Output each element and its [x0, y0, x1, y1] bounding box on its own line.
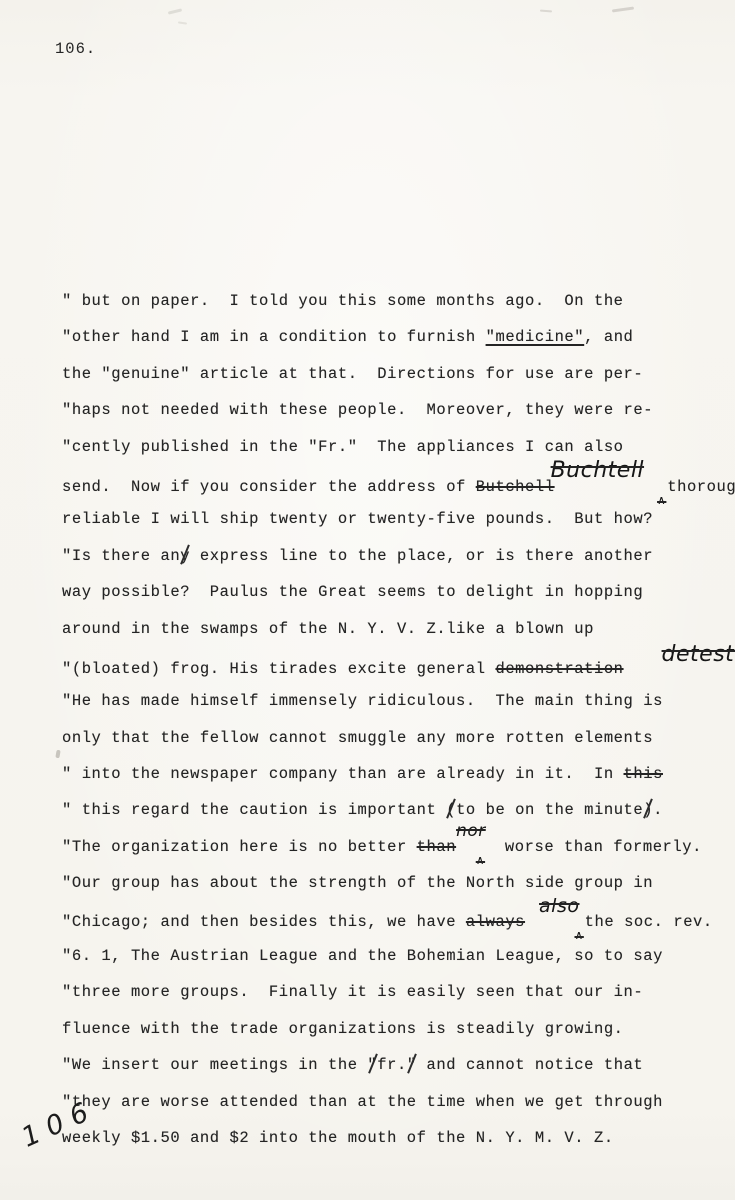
- typed-line: way possible? Paulus the Great seems to …: [62, 583, 694, 619]
- typed-line: "He has made himself immensely ridiculou…: [62, 692, 694, 728]
- typed-line: "haps not needed with these people. More…: [62, 401, 694, 437]
- typed-text: the soc. rev.: [575, 913, 713, 931]
- typed-line: "(bloated) frog. His tirades excite gene…: [62, 656, 694, 692]
- typed-text: send. Now if you consider the address of: [62, 478, 476, 496]
- typed-line: send. Now if you consider the address of…: [62, 474, 694, 510]
- smudge: [168, 8, 182, 14]
- smudge: [178, 21, 187, 24]
- typed-text: the "genuine" article at that. Direction…: [62, 365, 643, 383]
- typed-text: (: [446, 801, 456, 819]
- typed-text: express line to the place, or is there a…: [190, 547, 653, 565]
- typed-text: y: [180, 547, 190, 565]
- typed-line: "they are worse attended than at the tim…: [62, 1093, 694, 1129]
- typed-line: "Chicago; and then besides this, we have…: [62, 911, 694, 947]
- typed-line: "three more groups. Finally it is easily…: [62, 983, 694, 1019]
- typed-line: "6. 1, The Austrian League and the Bohem…: [62, 947, 694, 983]
- typed-text: reliable I will ship twenty or twenty-fi…: [62, 510, 653, 528]
- typed-line: weekly $1.50 and $2 into the mouth of th…: [62, 1129, 694, 1165]
- typed-text: and cannot notice that: [417, 1056, 644, 1074]
- typed-text: "haps not needed with these people. More…: [62, 401, 653, 419]
- typed-text: "The organization here is no better: [62, 838, 417, 856]
- typed-line: "other hand I am in a condition to furni…: [62, 328, 694, 364]
- typed-text: "Our group has about the strength of the…: [62, 874, 653, 892]
- handwritten-annotation: also: [539, 895, 579, 917]
- typed-text: to be on the minute: [456, 801, 643, 819]
- typed-text: around in the swamps of the N. Y. V. Z.l…: [62, 620, 594, 638]
- smudge: [540, 10, 552, 13]
- struck-word: demonstrationdetestation∧: [495, 660, 735, 678]
- typed-line: " this regard the caution is important (…: [62, 801, 694, 837]
- typed-text-block: " but on paper. I told you this some mon…: [62, 292, 694, 1165]
- typed-text: ": [407, 1056, 417, 1074]
- insertion-caret: ∧: [476, 853, 485, 867]
- typed-text: ): [643, 801, 653, 819]
- typed-line: the "genuine" article at that. Direction…: [62, 365, 694, 401]
- typed-text: thoroughly: [657, 478, 735, 496]
- document-page: 106. " but on paper. I told you this som…: [0, 0, 735, 1200]
- typed-line: "The organization here is no better than…: [62, 838, 694, 874]
- typed-text: worse than formerly.: [495, 838, 702, 856]
- struck-word: ButchellBuchtell∧: [476, 478, 658, 496]
- typed-text: fr.: [377, 1056, 407, 1074]
- handwritten-annotation: nor: [456, 821, 486, 841]
- typed-text: "We insert our meetings in the: [62, 1056, 367, 1074]
- typed-text: "Is there an: [62, 547, 180, 565]
- typed-text: fluence with the trade organizations is …: [62, 1020, 624, 1038]
- typed-text: "He has made himself immensely ridiculou…: [62, 692, 663, 710]
- typed-line: reliable I will ship twenty or twenty-fi…: [62, 510, 694, 546]
- smudge: [612, 6, 634, 12]
- typed-text: " this regard the caution is important: [62, 801, 446, 819]
- typed-text: "(bloated) frog. His tirades excite gene…: [62, 660, 495, 678]
- struck-word: this: [624, 765, 663, 783]
- typed-text: only that the fellow cannot smuggle any …: [62, 729, 653, 747]
- struck-word: thannor∧: [417, 838, 495, 856]
- typed-line: around in the swamps of the N. Y. V. Z.l…: [62, 620, 694, 656]
- typed-text: "cently published in the "Fr." The appli…: [62, 438, 624, 456]
- typed-text: " into the newspaper company than are al…: [62, 765, 624, 783]
- ink-mark: [55, 750, 60, 759]
- typed-page-number: 106.: [55, 40, 96, 58]
- typed-text: .: [653, 801, 663, 819]
- typed-line: "Our group has about the strength of the…: [62, 874, 694, 910]
- typed-text: "6. 1, The Austrian League and the Bohem…: [62, 947, 663, 965]
- typed-text: , and: [584, 328, 633, 346]
- typed-line: "Is there any express line to the place,…: [62, 547, 694, 583]
- typed-line: " into the newspaper company than are al…: [62, 765, 694, 801]
- typed-text: "three more groups. Finally it is easily…: [62, 983, 643, 1001]
- typed-line: only that the fellow cannot smuggle any …: [62, 729, 694, 765]
- typed-text: "medicine": [486, 328, 585, 346]
- typed-line: fluence with the trade organizations is …: [62, 1020, 694, 1056]
- typed-text: weekly $1.50 and $2 into the mouth of th…: [62, 1129, 614, 1147]
- typed-text: " but on paper. I told you this some mon…: [62, 292, 624, 310]
- handwritten-annotation: detestation: [662, 642, 735, 667]
- typed-text: "other hand I am in a condition to furni…: [62, 328, 486, 346]
- typed-text: "Chicago; and then besides this, we have: [62, 913, 466, 931]
- typed-text: way possible? Paulus the Great seems to …: [62, 583, 643, 601]
- struck-word: alwaysalso∧: [466, 913, 575, 931]
- typed-text: ": [367, 1056, 377, 1074]
- handwritten-annotation: Buchtell: [551, 458, 644, 483]
- typed-line: "We insert our meetings in the "fr." and…: [62, 1056, 694, 1092]
- typed-line: " but on paper. I told you this some mon…: [62, 292, 694, 328]
- typed-text: "they are worse attended than at the tim…: [62, 1093, 663, 1111]
